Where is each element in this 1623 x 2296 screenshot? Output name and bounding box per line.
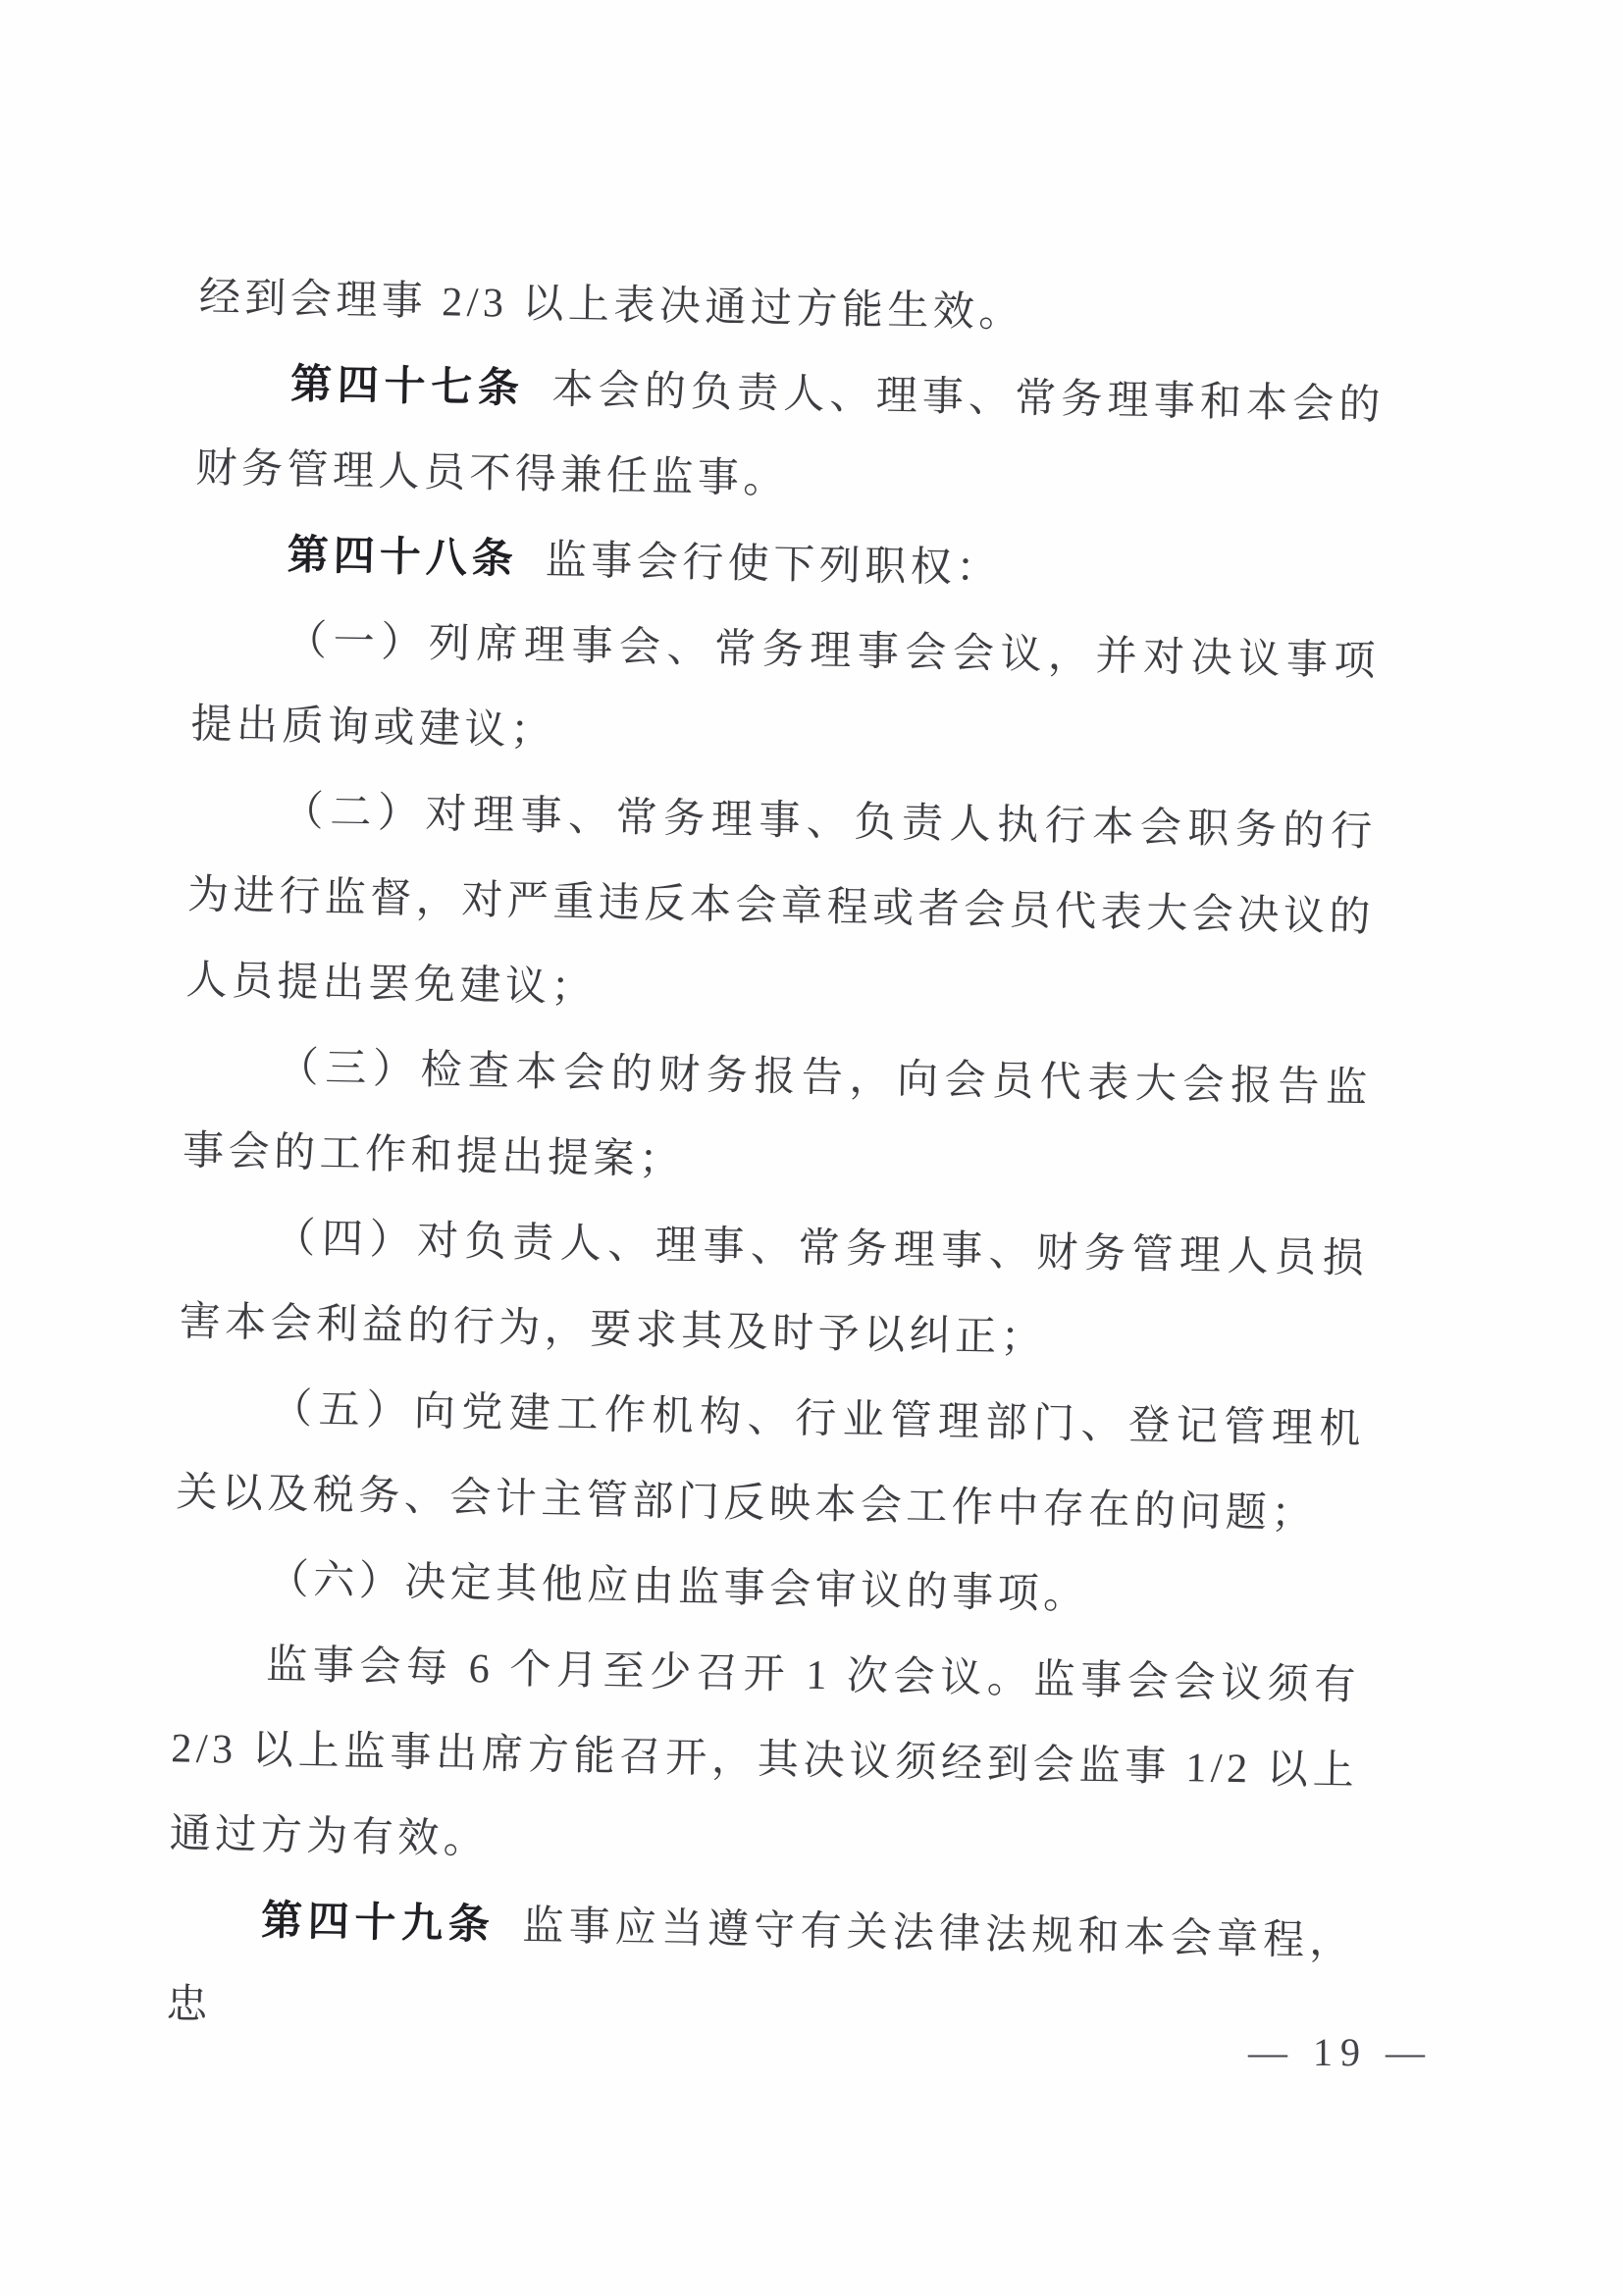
paragraph-article-47: 第四十七条本会的负责人、理事、常务理事和本会的财务管理人员不得兼任监事。 <box>195 341 1386 535</box>
paragraph-text: 监事会行使下列职权： <box>545 538 1002 592</box>
article-number: 第四十九条 <box>261 1899 496 1949</box>
paragraph-text: （五）向党建工作机构、行业管理部门、登记管理机关以及税务、会计主管部门反映本会工… <box>176 1386 1365 1537</box>
paragraph-item-3: （三）检查本会的财务报告，向会员代表大会报告监事会的工作和提出提案； <box>182 1023 1372 1217</box>
paragraph-text: 监事会每 6 个月至少召开 1 次会议。监事会会议须有 2/3 以上监事出席方能… <box>169 1643 1360 1862</box>
paragraph-item-1: （一）列席理事会、常务理事会会议，并对决议事项提出质询或建议； <box>190 597 1381 790</box>
paragraph-item-5: （五）向党建工作机构、行业管理部门、登记管理机关以及税务、会计主管部门反映本会工… <box>176 1365 1366 1558</box>
paragraph-text: （四）对负责人、理事、常务理事、财务管理人员损害本会利益的行为，要求其及时予以纠… <box>179 1216 1368 1361</box>
paragraph-text: （一）列席理事会、常务理事会会议，并对决议事项提出质询或建议； <box>190 618 1380 754</box>
paragraph-item-2: （二）对理事、常务理事、负责人执行本会职务的行为进行监督，对严重违反本会章程或者… <box>185 767 1378 1046</box>
paragraph-article-49: 第四十九条监事应当遵守有关法律法规和本会章程，忠 <box>166 1877 1356 2070</box>
text-block: 经到会理事 2/3 以上表决通过方能生效。 第四十七条本会的负责人、理事、常务理… <box>166 256 1387 2071</box>
paragraph-text: （二）对理事、常务理事、负责人执行本会职务的行为进行监督，对严重违反本会章程或者… <box>185 789 1377 1011</box>
paragraph-text: 经到会理事 2/3 以上表决通过方能生效。 <box>198 276 1024 337</box>
paragraph-text: （六）决定其他应由监事会审议的事项。 <box>267 1557 1089 1618</box>
paragraph-meeting-rule: 监事会每 6 个月至少召开 1 次会议。监事会会议须有 2/3 以上监事出席方能… <box>169 1621 1361 1900</box>
paragraph-text: （三）检查本会的财务报告，向会员代表大会报告监事会的工作和提出提案； <box>183 1045 1372 1183</box>
paragraph-item-4: （四）对负责人、理事、常务理事、财务管理人员损害本会利益的行为，要求其及时予以纠… <box>179 1194 1369 1387</box>
article-number: 第四十八条 <box>287 533 518 583</box>
document-page: 经到会理事 2/3 以上表决通过方能生效。 第四十七条本会的负责人、理事、常务理… <box>0 0 1623 2296</box>
article-number: 第四十七条 <box>290 362 525 412</box>
page-number: — 19 — <box>1248 2029 1433 2076</box>
